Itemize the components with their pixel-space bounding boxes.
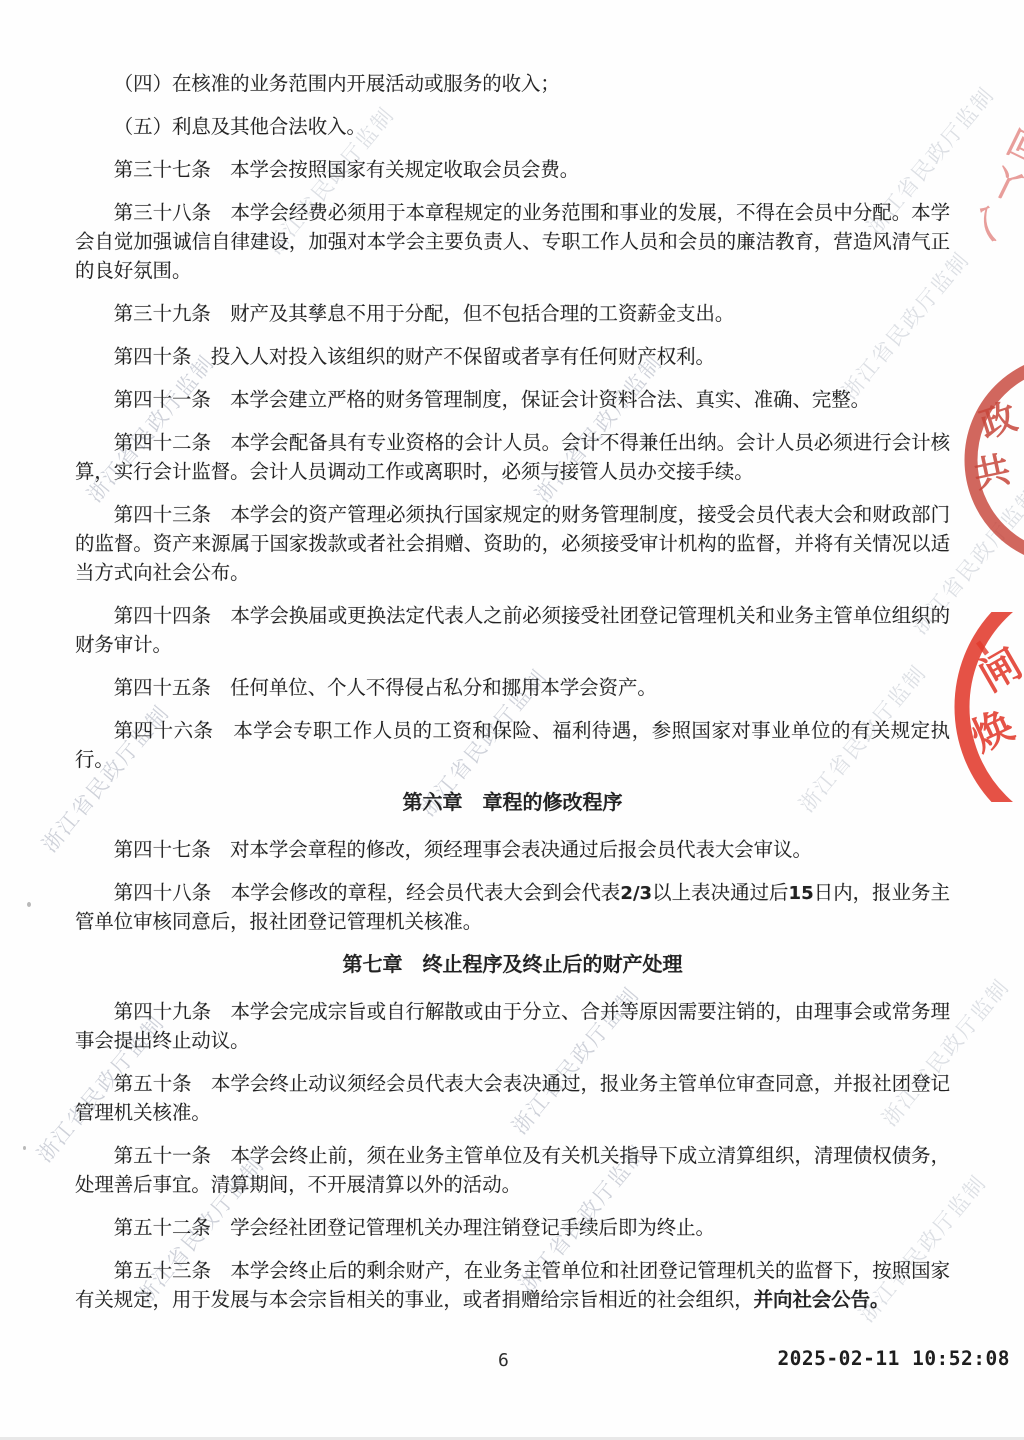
clause-emphasis: 并向社会公告。 [754,1290,890,1311]
document-body: （四）在核准的业务范围内开展活动或服务的收入； （五）利息及其他合法收入。 第三… [75,70,950,1329]
clause-article-37: 第三十七条 本学会按照国家有关规定收取会员会费。 [75,156,950,185]
clause-article-45: 第四十五条 任何单位、个人不得侵占私分和挪用本学会资产。 [75,674,950,703]
clause-article-48: 第四十八条 本学会修改的章程，经会员代表大会到会代表2/3以上表决通过后15日内… [75,879,950,937]
clause-article-47: 第四十七条 对本学会章程的修改，须经理事会表决通过后报会员代表大会审议。 [75,836,950,865]
number-15-days: 15 [789,883,814,904]
svg-text:闸: 闸 [972,641,1024,700]
clause-items-4-5: （五）利息及其他合法收入。 [75,113,950,142]
svg-text:共: 共 [970,449,1014,496]
clause-article-53: 第五十三条 本学会终止后的剩余财产，在业务主管单位和社团登记管理机关的监督下，按… [75,1257,950,1315]
scan-speck [27,902,31,907]
seal-arc-graphic: 政 共 [955,360,1024,560]
chapter-6-heading: 第六章 章程的修改程序 [75,789,950,818]
svg-text:焕: 焕 [964,702,1020,760]
clause-article-51: 第五十一条 本学会终止前，须在业务主管单位及有关机关指导下成立清算组织，清理债权… [75,1142,950,1200]
clause-text: 第四十八条 本学会修改的章程，经会员代表大会到会代表 [114,883,621,904]
scanned-document-page: 浙江省民政厅监制 浙江省民政厅监制 浙江省民政厅监制 浙江省民政厅监制 浙江省民… [0,0,1024,1440]
red-seal-middle-partial: 政 共 [955,360,1024,560]
red-seal-bottom-partial: 闸 焕 [950,612,1024,802]
clause-article-40: 第四十条 投入人对投入该组织的财产不保留或者享有任何财产权利。 [75,343,950,372]
page-number: 6 [498,1350,509,1371]
clause-article-44: 第四十四条 本学会换届或更换法定代表人之前必须接受社团登记管理机关和业务主管单位… [75,602,950,660]
clause-article-38: 第三十八条 本学会经费必须用于本章程规定的业务范围和事业的发展，不得在会员中分配… [75,199,950,286]
clause-article-41: 第四十一条 本学会建立严格的财务管理制度，保证会计资料合法、真实、准确、完整。 [75,386,950,415]
seal-arc-graphic: 闸 焕 [950,612,1024,802]
clause-article-43: 第四十三条 本学会的资产管理必须执行国家规定的财务管理制度，接受会员代表大会和财… [75,501,950,588]
fraction-two-thirds: 2/3 [620,883,652,904]
clause-items-4-5: （四）在核准的业务范围内开展活动或服务的收入； [75,70,950,99]
clause-text: 以上表决通过后 [652,883,789,904]
clause-article-50: 第五十条 本学会终止动议须经会员代表大会表决通过，报业务主管单位审查同意，并报社… [75,1070,950,1128]
clause-article-49: 第四十九条 本学会完成宗旨或自行解散或由于分立、合并等原因需要注销的，由理事会或… [75,998,950,1056]
clause-article-39: 第三十九条 财产及其孳息不用于分配，但不包括合理的工资薪金支出。 [75,300,950,329]
clause-article-42: 第四十二条 本学会配备具有专业资格的会计人员。会计不得兼任出纳。会计人员必须进行… [75,429,950,487]
svg-text:政: 政 [975,396,1022,445]
scan-timestamp: 2025-02-11 10:52:08 [777,1347,1010,1370]
clause-article-52: 第五十二条 学会经社团登记管理机关办理注销登记手续后即为终止。 [75,1214,950,1243]
scan-speck [23,1146,26,1150]
clause-article-46: 第四十六条 本学会专职工作人员的工资和保险、福利待遇，参照国家对事业单位的有关规… [75,717,950,775]
chapter-7-heading: 第七章 终止程序及终止后的财产处理 [75,951,950,980]
